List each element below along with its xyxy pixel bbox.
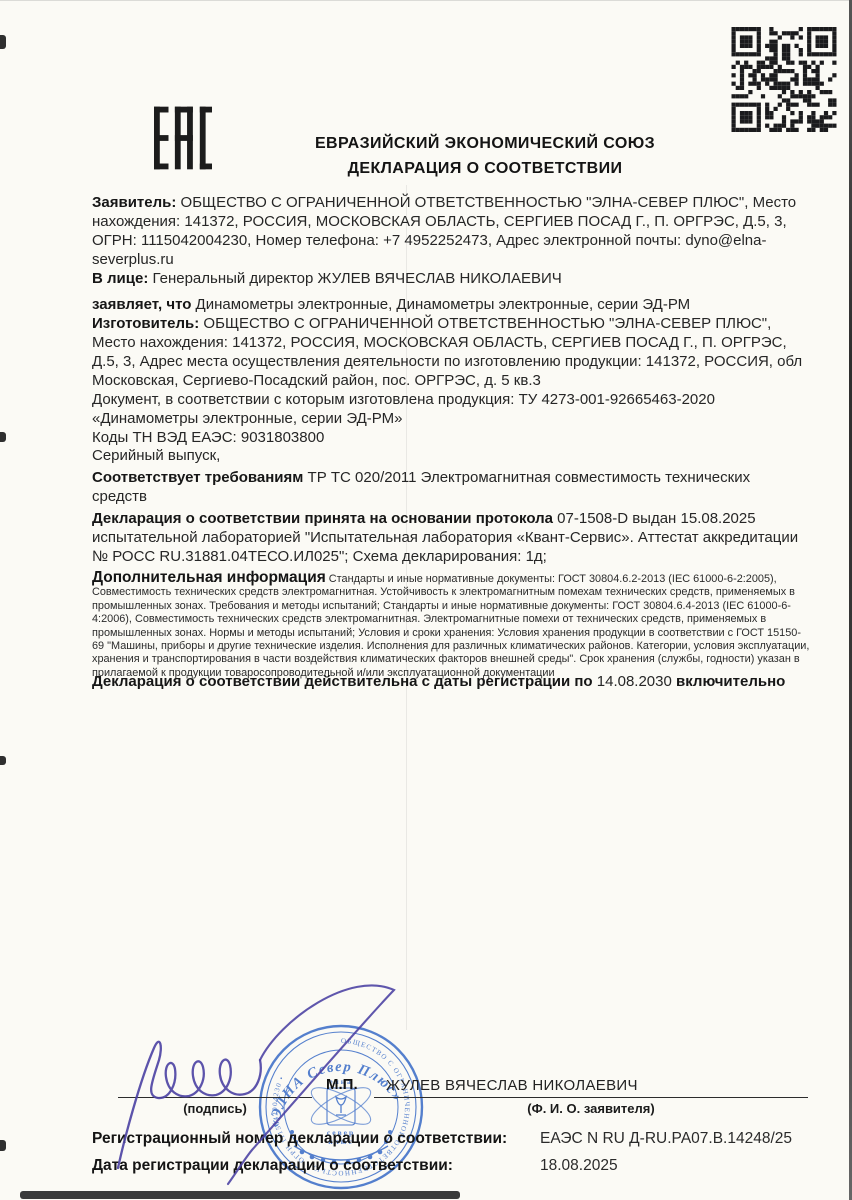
scan-speck xyxy=(0,1140,6,1151)
additional-info-text: Стандарты и иные нормативные документы: … xyxy=(92,573,809,679)
registration-number-label: Регистрационный номер декларации о соотв… xyxy=(92,1129,507,1149)
signature-line xyxy=(118,1097,312,1098)
registration-date-value: 18.08.2025 xyxy=(540,1156,618,1176)
validity-paragraph: Декларация о соответствии действительна … xyxy=(92,672,804,691)
stamp-place-label: М.П. xyxy=(326,1076,358,1093)
qr-code-pattern xyxy=(727,27,841,132)
signer-name: ЖУЛЕВ ВЯЧЕСЛАВ НИКОЛАЕВИЧ xyxy=(386,1077,638,1094)
complies-label: Соответствует требованиям xyxy=(92,469,303,486)
complies-paragraph: Соответствует требованиям ТР ТС 020/2011… xyxy=(92,468,804,506)
manufacturer-text: ОБЩЕСТВО С ОГРАНИЧЕННОЙ ОТВЕТСТВЕННОСТЬЮ… xyxy=(92,315,802,389)
declares-text: Динамометры электронные, Динамометры эле… xyxy=(191,296,690,313)
validity-date: 14.08.2030 xyxy=(593,673,676,690)
manufacturer-paragraph: Изготовитель: ОБЩЕСТВО С ОГРАНИЧЕННОЙ ОТ… xyxy=(92,314,806,390)
basis-paragraph: Декларация о соответствии принята на осн… xyxy=(92,509,804,566)
additional-info-label: Дополнительная информация xyxy=(92,569,326,586)
scan-speck xyxy=(0,756,6,765)
in-person-label: В лице: xyxy=(92,270,148,287)
in-person-text: Генеральный директор ЖУЛЕВ ВЯЧЕСЛАВ НИКО… xyxy=(148,270,561,287)
in-person-paragraph: В лице: Генеральный директор ЖУЛЕВ ВЯЧЕС… xyxy=(92,269,804,288)
registration-number-value: ЕАЭС N RU Д-RU.РА07.В.14248/25 xyxy=(540,1129,792,1149)
header-union: ЕВРАЗИЙСКИЙ ЭКОНОМИЧЕСКИЙ СОЮЗ xyxy=(270,135,700,153)
tnved-codes-line: Коды ТН ВЭД ЕАЭС: 9031803800 xyxy=(92,428,806,447)
validity-label: Декларация о соответствии действительна … xyxy=(92,673,593,690)
applicant-label: Заявитель: xyxy=(92,194,176,211)
product-document-line: Документ, в соответствии с которым изгот… xyxy=(92,390,806,428)
applicant-paragraph: Заявитель: ОБЩЕСТВО С ОГРАНИЧЕННОЙ ОТВЕТ… xyxy=(92,193,804,269)
registration-date-label: Дата регистрации декларации о соответств… xyxy=(92,1156,453,1176)
stamp-arc-text: «ЭЛНА Север Плюс» xyxy=(266,1059,406,1129)
declares-paragraph: заявляет, что Динамометры электронные, Д… xyxy=(92,295,804,314)
signature-caption: (подпись) xyxy=(118,1101,312,1116)
basis-label: Декларация о соответствии принята на осн… xyxy=(92,510,553,527)
header-title: ДЕКЛАРАЦИЯ О СООТВЕТСТВИИ xyxy=(270,160,700,178)
qr-code xyxy=(727,27,841,132)
signer-name-caption: (Ф. И. О. заявителя) xyxy=(374,1101,808,1116)
serial-line: Серийный выпуск, xyxy=(92,446,806,465)
additional-info-paragraph: Дополнительная информация Стандарты и ин… xyxy=(92,571,810,680)
eac-logo-icon xyxy=(154,106,212,175)
manufacturer-label: Изготовитель: xyxy=(92,315,199,332)
declares-label: заявляет, что xyxy=(92,296,191,313)
scan-speck xyxy=(0,432,6,442)
scan-speck xyxy=(0,35,6,49)
validity-suffix: включительно xyxy=(676,673,785,690)
declaration-document: ЕВРАЗИЙСКИЙ ЭКОНОМИЧЕСКИЙ СОЮЗ ДЕКЛАРАЦИ… xyxy=(0,0,852,1200)
applicant-text: ОБЩЕСТВО С ОГРАНИЧЕННОЙ ОТВЕТСТВЕННОСТЬЮ… xyxy=(92,194,796,268)
signer-name-line xyxy=(374,1097,808,1098)
scan-edge-top xyxy=(0,0,852,1)
